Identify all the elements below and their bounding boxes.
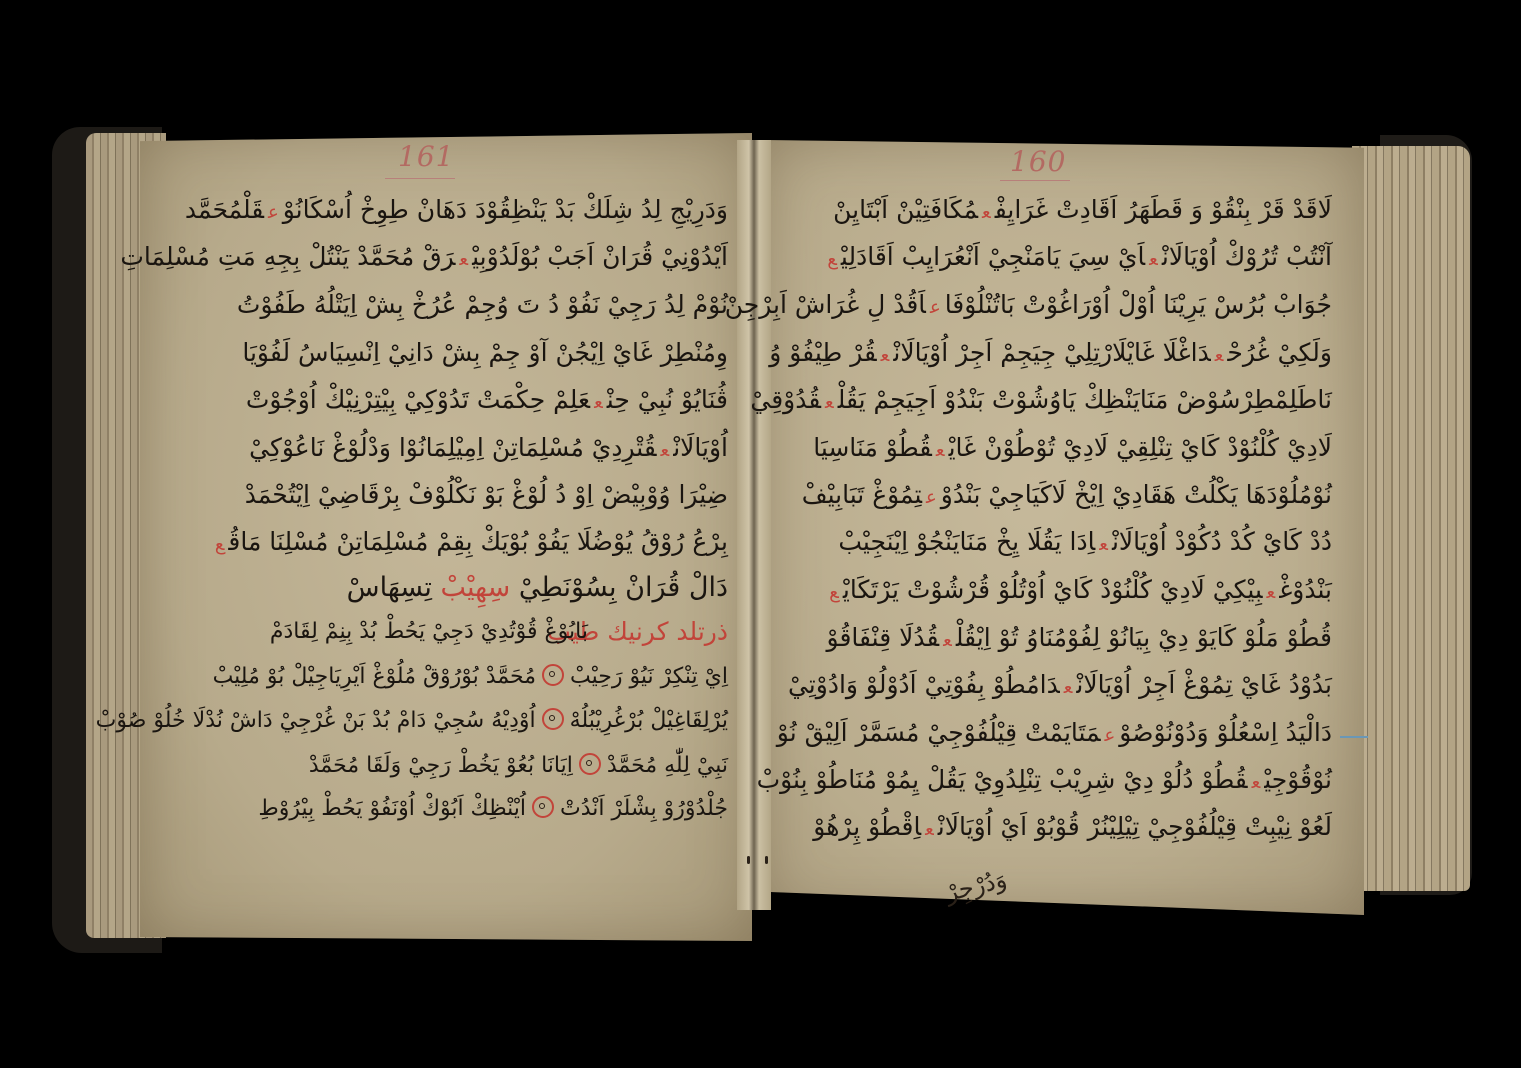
text-line: دُدْ كَايْ كُدْ دُكُوْدْ اُوْيَالَانْعاِ… [838,527,1332,560]
verse-line: يُرْلِقَاغِيْلْ بُرْغُرِيْبُلُهْاُوْدِيْ… [96,705,728,736]
text-line: نُوْمُلُوْدَهَا يَكْلُتْ هَقَادِيْ اِيْخ… [802,480,1332,513]
page-stack-right [1352,146,1470,891]
text-line: اَيْدُوْنِيْ قُرَانْ اَجَبْ بُوْلَدُوْبِ… [120,242,728,275]
text-line: اُوْيَالَانْعقُتْرِدِيْ مُسْلِمَاتِنْ اِ… [249,433,728,466]
folio-underline-left [385,178,455,179]
folio-number-right: 160 [1010,145,1066,178]
text-line: ضِيْرَا وُوْبِيْضْ اِوْ دُ لُوْغْ بَوْ ن… [245,480,728,510]
text-line: وِمُنْطِرْ غَايْ اِيْجُنْ آوْ جِمْ بِشْ … [242,338,728,368]
flower-separator-icon [542,664,564,686]
text-line: دَالْيَدُ اِسْعُلُوْ وَدُوْنُوْصُوْعمَتَ… [777,718,1332,751]
text-line: جُوَابْ بُرُسْ يَرِيْنَا اُوْلْ اُوْرَاغ… [725,290,1332,323]
text-line: ڤُنَايُوْ نُبِيْ حِنْععَلِمْ حِكْمَتْ تَ… [246,385,728,418]
verse-line: اِيْ تِنْكِرْ نَيُوْ رَحِيْبْمُحَمَّدْ ب… [213,661,728,692]
flower-separator-icon [579,753,601,775]
folio-number-left: 161 [398,140,454,173]
text-line: نُوْمْ لِدُ رَجِيْ نَفُوْ دُ تَ وُجِمْ ع… [237,290,728,320]
text-line: بِرْعُ رُوْقُ يُوْضُلَا يَفُوْ بُوْيَكْ … [211,527,728,560]
flower-separator-icon [542,708,564,730]
text-line: بَنْدُوْغْعبِيْكِيْ لَادِيْ كُلْنُوْدْ ك… [825,575,1332,608]
text-line: نُوْقُوْجِيْعقُطُوْ دُلُوْ دِيْ شِرِيْبْ… [757,765,1332,798]
verse-line: بَابُوْغْ قُوْتُدِيْ دَجِيْ يَحُطْ بُدْ … [270,617,588,647]
gutter-stitching [747,856,771,866]
text-line: قُطُوْ مَلُوْ كَايَوْ دِيْ بِيَانُوْ لِف… [827,623,1332,656]
text-line: وَلَكِيْ غُرُحْعدَاغْلَا غَايْلَارْتِلِي… [769,338,1332,371]
flower-separator-icon [532,796,554,818]
text-line: وَدَرِيْجِ لِدُ شِلَكْ بَدْ يَنْظِقُوْدَ… [185,195,728,228]
text-line: لَادِيْ كُلْنُوْدْ كَايْ تِنْلِقِيْ لَاد… [813,433,1332,466]
left-page-text: وَدَرِيْجِ لِدُ شِلَكْ بَدْ يَنْظِقُوْدَ… [188,195,728,855]
text-line: لَاقَدْ قَرْ بِنْقُوْ وَ قَطَهَرُ اَقَاد… [833,195,1332,228]
verse-line: جُلْدُوْرُوْ بِشْلَرْ اَنْدُتْاُيْنْظِكْ… [258,793,728,824]
text-line: آنْتُبْ تُرُوْكْ اُوْيَالَانْعاَيْ سِيَ … [823,242,1332,275]
text-line: بَدُوْدُ غَايْ تِمُوْغْ اَجِرْ اُوْيَالَ… [788,670,1332,703]
blue-pencil-mark [1340,736,1368,738]
right-page-text: لَاقَدْ قَرْ بِنْقُوْ وَ قَطَهَرُ اَقَاد… [812,195,1332,855]
text-line: نَاطَلِمْطِرْسُوْضْ مَنَايَنْظِكْ يَاوُش… [750,385,1332,418]
text-line: لَعُوْ نِيْبِتْ قِيْلُفُوْجِيْ تِيْلِيْن… [813,812,1332,845]
folio-underline-right [1000,180,1070,181]
verse-line: نَبِيْ لِلّٰهِ مُحَمَّدْاِيَانَا بُعُوْ … [309,750,728,781]
section-title-line: دَالْ قُرَانْ بِسُوْنَطِيْ سِهِيْبْ تِسِ… [347,573,728,603]
manuscript-spread: 161 160 وَدَرِيْجِ لِدُ شِلَكْ بَدْ يَنْ… [0,0,1521,1068]
